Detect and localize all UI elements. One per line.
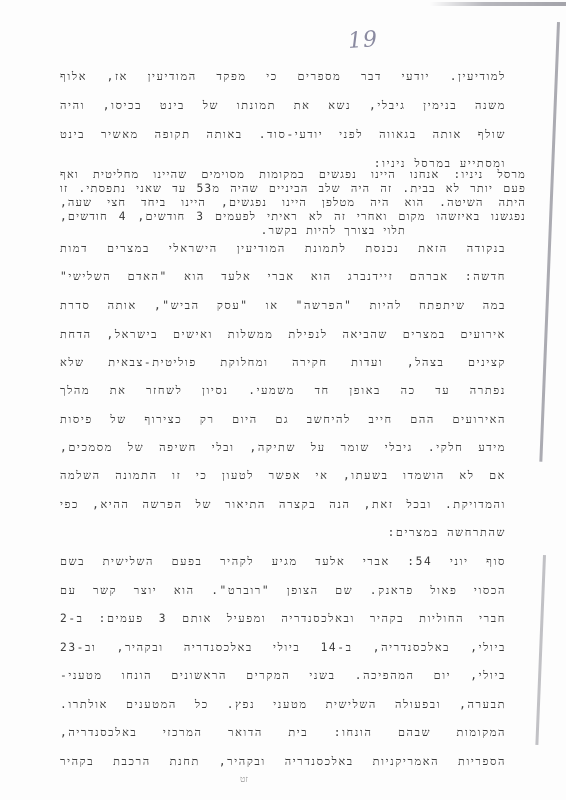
text-line: תלוי בצורך להיות בקשר. [261,224,406,237]
text-line: והמדויקת. ובכל זאת, הנה בקצרה התיאור של … [60,498,506,511]
text-line: בנקודה הזאת נכנסת לתמונת המודיעין הישראל… [60,242,506,255]
page-number: 19 [347,27,379,54]
text-line: ביולי, באלכסנדריה, ב-14 ביולי באלכסנדריה… [60,641,506,654]
text-line: מידע חלקי. גיבלי שומר על שתיקה, ובלי חשי… [60,441,506,454]
text-line: משנה בנימין גיבלי, נשא את תמונתו של בינט… [60,99,506,112]
text-line: סוף יוני 54: אברי אלעד מגיע לקהיר בפעם ה… [60,555,506,568]
text-line: אירועים במצרים שהביאה לנפילת ממשלות ואיש… [60,328,506,341]
text-line: במה שיתפתח להיות "הפרשה" או "עסק הביש", … [60,299,506,312]
text-line: הספריות האמריקניות באלכסנדריה ובקהיר, תח… [60,755,506,768]
text-line: הכסוי פאול פראנק. שם הצופן "רוברט". הוא … [60,584,506,597]
text-line: שולף אותה בגאווה לפני יודעי-סוד. באותה ת… [60,128,506,141]
footer-mark: זט [240,774,248,785]
scanned-document-page: 19 למודיעין. יודעי דבר מספרים כי מפקד המ… [0,0,566,800]
text-line: נפגשנו באיזשהו מקום ואחרי זה לא ראיתי לפ… [60,210,526,223]
text-line: אם לא הושמדו בשעתו, אי אפשר לטעון כי זו … [60,469,506,482]
scan-top-edge-shadow [430,2,566,6]
text-line: חדשה: אברהם זיידנברג הוא אברי אלעד הוא "… [60,270,506,283]
text-line: היתה השיטה. הוא היה מטלפן היינו נפגשים, … [60,196,526,209]
text-line: תבערה, ובפעולה השלישית מטעני נפץ. כל המט… [60,698,506,711]
text-line: האירועים ההם חייב להיחשב גם היום רק כציר… [60,413,506,426]
text-line: קצינים בצהל, ועדות חקירה ומחלוקת פוליטית… [60,356,506,369]
text-line: למודיעין. יודעי דבר מספרים כי מפקד המודי… [60,70,506,83]
text-line: חברי החוליות בקהיר ובאלכסנדריה ומפעיל או… [60,612,506,625]
text-line: פעם יותר לא בבית. זה היה שלב הביניים שהי… [60,182,526,195]
text-line: ביולי, יום המהפיכה. בשני המקרים הראשונים… [60,669,506,682]
text-line: המקומות שבהם הונחו: בית הדואר המרכזי באל… [60,726,506,739]
text-line: מרסל ניניו: אנחנו היינו נפגשים במקומות מ… [60,168,526,181]
text-line: נפתרה עד כה באופן חד משמעי. נסיון לשחזר … [60,384,506,397]
scan-right-edge-shadow-lower [535,555,546,745]
scan-right-edge-shadow [539,22,560,462]
text-line: שהתרחשה במצרים: [388,526,506,539]
